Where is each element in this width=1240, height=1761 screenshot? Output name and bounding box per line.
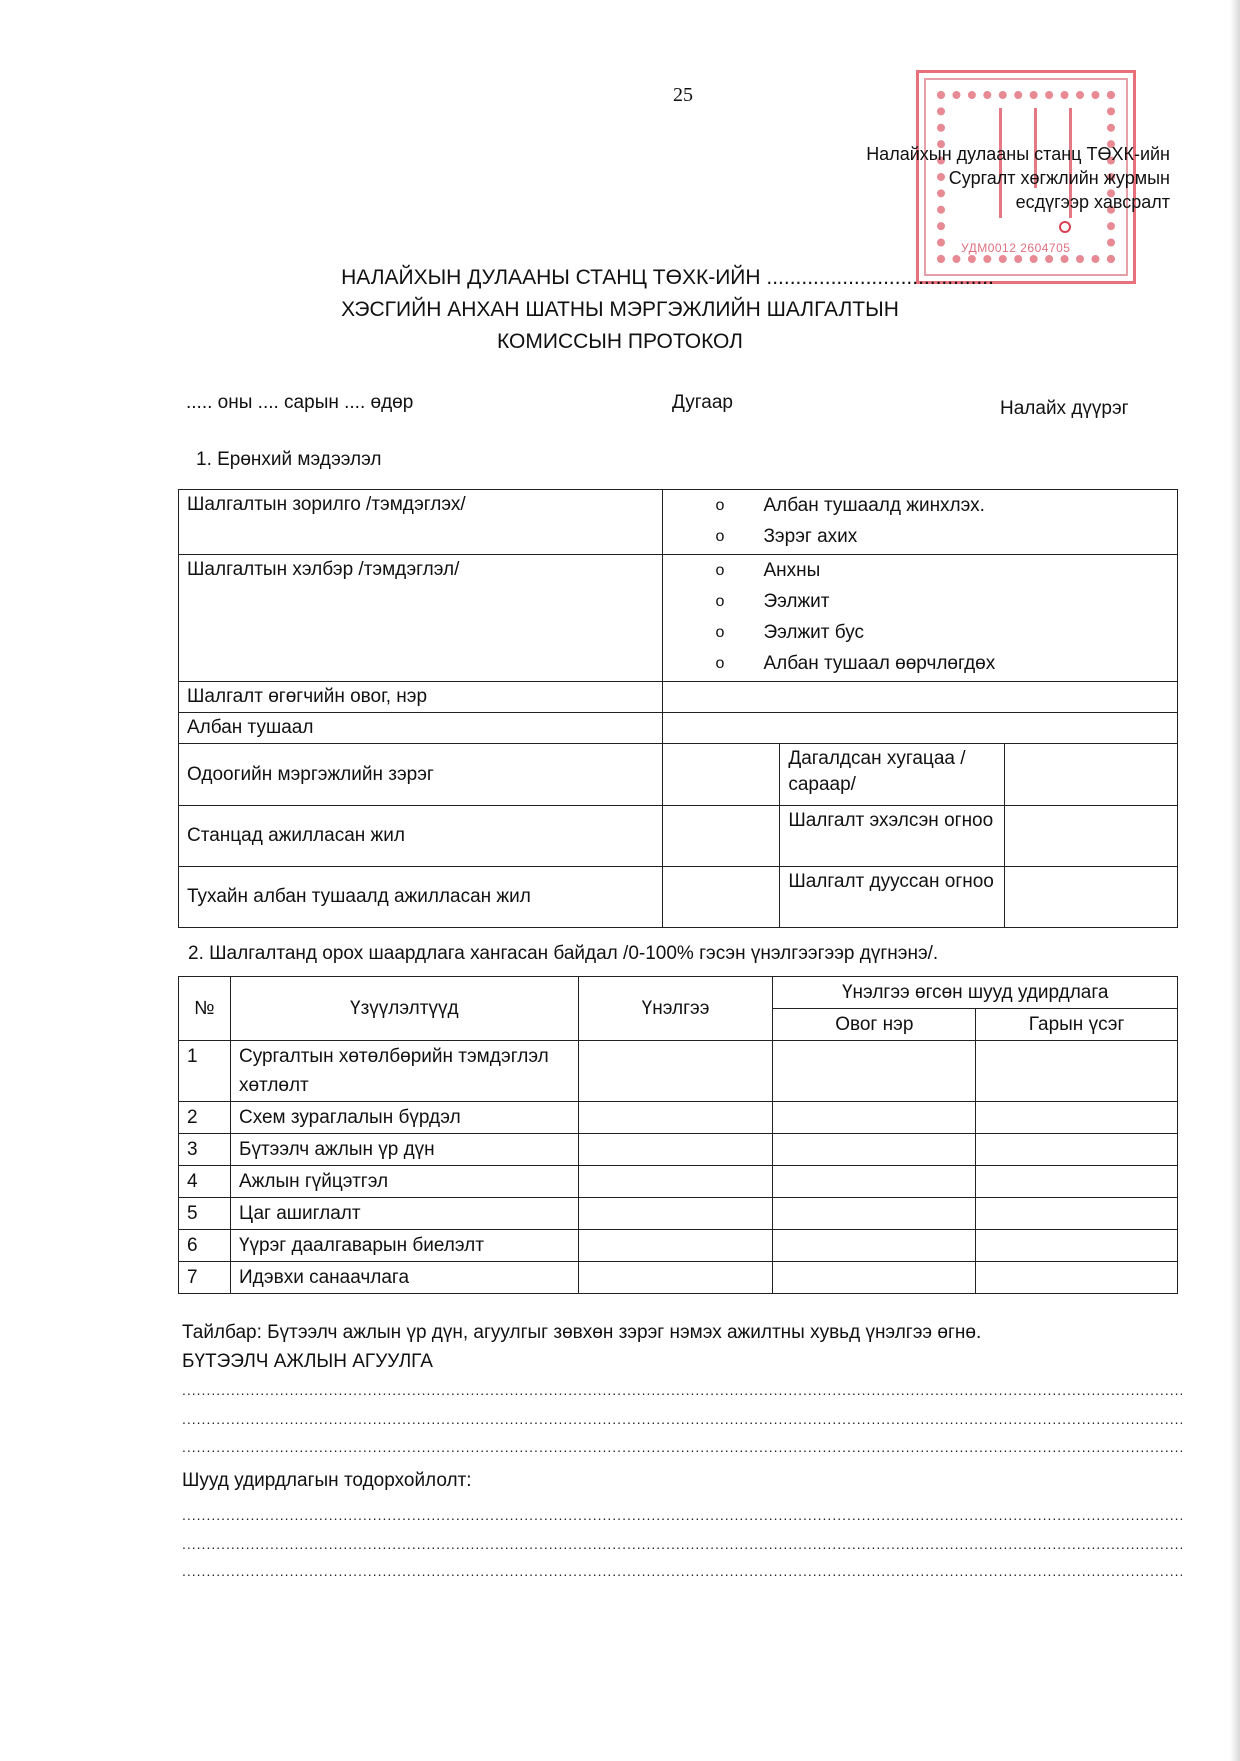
table-row: 6 Үүрэг даалгаварын биелэлт (179, 1230, 1178, 1262)
row-number: 6 (179, 1230, 231, 1262)
examinee-name-field[interactable] (663, 682, 1178, 713)
creative-work-heading: БҮТЭЭЛЧ АЖЛЫН АГУУЛГА (182, 1351, 433, 1373)
row-label: Одоогийн мэргэжлийн зэрэг (179, 744, 663, 806)
row-label: Тухайн албан тушаалд ажилласан жил (179, 867, 663, 928)
row-number: 7 (179, 1262, 231, 1294)
value-field[interactable] (1005, 744, 1178, 806)
fill-line[interactable]: ........................................… (182, 1382, 1182, 1398)
score-cell[interactable] (578, 1198, 773, 1230)
radio-circle-icon[interactable]: o (715, 617, 763, 648)
stamp-soyombo-icon (1059, 221, 1071, 233)
option-item[interactable]: oАлбан тушаал өөрчлөгдөх (671, 648, 1169, 679)
radio-circle-icon[interactable]: o (715, 555, 763, 586)
indicator-cell: Сургалтын хөтөлбөрийн тэмдэглэл хөтлөлт (230, 1041, 578, 1102)
name-cell[interactable] (773, 1230, 976, 1262)
supervisor-reference-heading: Шууд удирдлагын тодорхойлолт: (182, 1470, 472, 1492)
sub-label: Дагалдсан хугацаа /сараар/ (780, 744, 1005, 806)
name-cell[interactable] (773, 1262, 976, 1294)
position-label: Албан тушаал (179, 713, 663, 744)
value-field[interactable] (663, 806, 780, 867)
score-cell[interactable] (578, 1230, 773, 1262)
page-number: 25 (673, 84, 693, 107)
table-row: 5 Цаг ашиглалт (179, 1198, 1178, 1230)
signature-cell[interactable] (976, 1262, 1178, 1294)
row-number: 2 (179, 1102, 231, 1134)
col-header-no: № (179, 977, 231, 1041)
score-cell[interactable] (578, 1102, 773, 1134)
col-header-name: Овог нэр (773, 1009, 976, 1041)
score-cell[interactable] (578, 1262, 773, 1294)
option-item[interactable]: oАнхны (671, 555, 1169, 586)
col-header-signature: Гарын үсэг (976, 1009, 1178, 1041)
sub-label: Шалгалт дууссан огноо (780, 867, 1005, 928)
indicator-cell: Үүрэг даалгаварын биелэлт (230, 1230, 578, 1262)
signature-cell[interactable] (976, 1230, 1178, 1262)
location-label: Налайх дүүрэг (1000, 398, 1129, 420)
col-header-supervisor: Үнэлгээ өгсөн шууд удирдлага (773, 977, 1178, 1009)
date-field[interactable]: ..... оны .... сарын .... өдөр (186, 392, 413, 414)
radio-circle-icon[interactable]: o (715, 490, 763, 521)
name-cell[interactable] (773, 1041, 976, 1102)
radio-circle-icon[interactable]: o (715, 648, 763, 679)
title-line: НАЛАЙХЫН ДУЛААНЫ СТАНЦ ТӨХК-ИЙН ........… (0, 262, 1240, 294)
value-field[interactable] (1005, 867, 1178, 928)
table-row: 1 Сургалтын хөтөлбөрийн тэмдэглэл хөтлөл… (179, 1041, 1178, 1102)
purpose-label: Шалгалтын зорилго /тэмдэглэх/ (179, 490, 663, 555)
requirements-table: № Үзүүлэлтүүд Үнэлгээ Үнэлгээ өгсөн шууд… (178, 976, 1178, 1294)
value-field[interactable] (663, 867, 780, 928)
signature-cell[interactable] (976, 1166, 1178, 1198)
score-cell[interactable] (578, 1166, 773, 1198)
table-row: 7 Идэвхи санаачлага (179, 1262, 1178, 1294)
name-cell[interactable] (773, 1102, 976, 1134)
fill-line[interactable]: ........................................… (182, 1439, 1182, 1455)
option-item[interactable]: oАлбан тушаалд жинхлэх. (671, 490, 1169, 521)
score-cell[interactable] (578, 1041, 773, 1102)
annex-note: Налайхын дулааны станц ТӨХК-ийн Сургалт … (866, 142, 1170, 214)
section2-heading: 2. Шалгалтанд орох шаардлага хангасан ба… (188, 943, 938, 965)
row-number: 4 (179, 1166, 231, 1198)
purpose-options: oАлбан тушаалд жинхлэх. oЗэрэг ахих (663, 490, 1178, 555)
indicator-cell: Цаг ашиглалт (230, 1198, 578, 1230)
form-options: oАнхны oЭэлжит oЭэлжит бус oАлбан тушаал… (663, 555, 1178, 682)
fill-line[interactable]: ........................................… (182, 1411, 1182, 1427)
annex-line: есдүгээр хавсралт (866, 190, 1170, 214)
fill-line[interactable]: ........................................… (182, 1507, 1182, 1523)
value-field[interactable] (1005, 806, 1178, 867)
examinee-name-label: Шалгалт өгөгчийн овог, нэр (179, 682, 663, 713)
fill-line[interactable]: ........................................… (182, 1536, 1182, 1552)
row-label: Станцад ажилласан жил (179, 806, 663, 867)
signature-cell[interactable] (976, 1102, 1178, 1134)
col-header-score: Үнэлгээ (578, 977, 773, 1041)
title-line: КОМИССЫН ПРОТОКОЛ (0, 326, 1240, 358)
table-row: 4 Ажлын гүйцэтгэл (179, 1166, 1178, 1198)
form-label: Шалгалтын хэлбэр /тэмдэглэл/ (179, 555, 663, 682)
value-field[interactable] (663, 744, 780, 806)
position-field[interactable] (663, 713, 1178, 744)
score-cell[interactable] (578, 1134, 773, 1166)
remark-text: Тайлбар: Бүтээлч ажлын үр дүн, агуулгыг … (182, 1322, 981, 1344)
name-cell[interactable] (773, 1134, 976, 1166)
indicator-cell: Идэвхи санаачлага (230, 1262, 578, 1294)
option-item[interactable]: oЗэрэг ахих (671, 521, 1169, 552)
row-number: 3 (179, 1134, 231, 1166)
table-row: 3 Бүтээлч ажлын үр дүн (179, 1134, 1178, 1166)
radio-circle-icon[interactable]: o (715, 521, 763, 552)
indicator-cell: Бүтээлч ажлын үр дүн (230, 1134, 578, 1166)
general-info-table: Шалгалтын зорилго /тэмдэглэх/ oАлбан туш… (178, 489, 1178, 928)
option-item[interactable]: oЭэлжит (671, 586, 1169, 617)
section1-heading: 1. Ерөнхий мэдээлэл (196, 449, 382, 471)
stamp-code: УДМ0012 2604705 (961, 241, 1070, 255)
document-title: НАЛАЙХЫН ДУЛААНЫ СТАНЦ ТӨХК-ИЙН ........… (0, 262, 1240, 358)
name-cell[interactable] (773, 1166, 976, 1198)
signature-cell[interactable] (976, 1041, 1178, 1102)
fill-line[interactable]: ........................................… (182, 1563, 1182, 1579)
radio-circle-icon[interactable]: o (715, 586, 763, 617)
signature-cell[interactable] (976, 1198, 1178, 1230)
title-line: ХЭСГИЙН АНХАН ШАТНЫ МЭРГЭЖЛИЙН ШАЛГАЛТЫН (0, 294, 1240, 326)
signature-cell[interactable] (976, 1134, 1178, 1166)
annex-line: Налайхын дулааны станц ТӨХК-ийн (866, 142, 1170, 166)
sub-label: Шалгалт эхэлсэн огноо (780, 806, 1005, 867)
indicator-cell: Ажлын гүйцэтгэл (230, 1166, 578, 1198)
row-number: 1 (179, 1041, 231, 1102)
document-number-label: Дугаар (672, 392, 733, 414)
table-row: 2 Схем зураглалын бүрдэл (179, 1102, 1178, 1134)
col-header-indicators: Үзүүлэлтүүд (230, 977, 578, 1041)
name-cell[interactable] (773, 1198, 976, 1230)
row-number: 5 (179, 1198, 231, 1230)
indicator-cell: Схем зураглалын бүрдэл (230, 1102, 578, 1134)
annex-line: Сургалт хөгжлийн журмын (866, 166, 1170, 190)
option-item[interactable]: oЭэлжит бус (671, 617, 1169, 648)
